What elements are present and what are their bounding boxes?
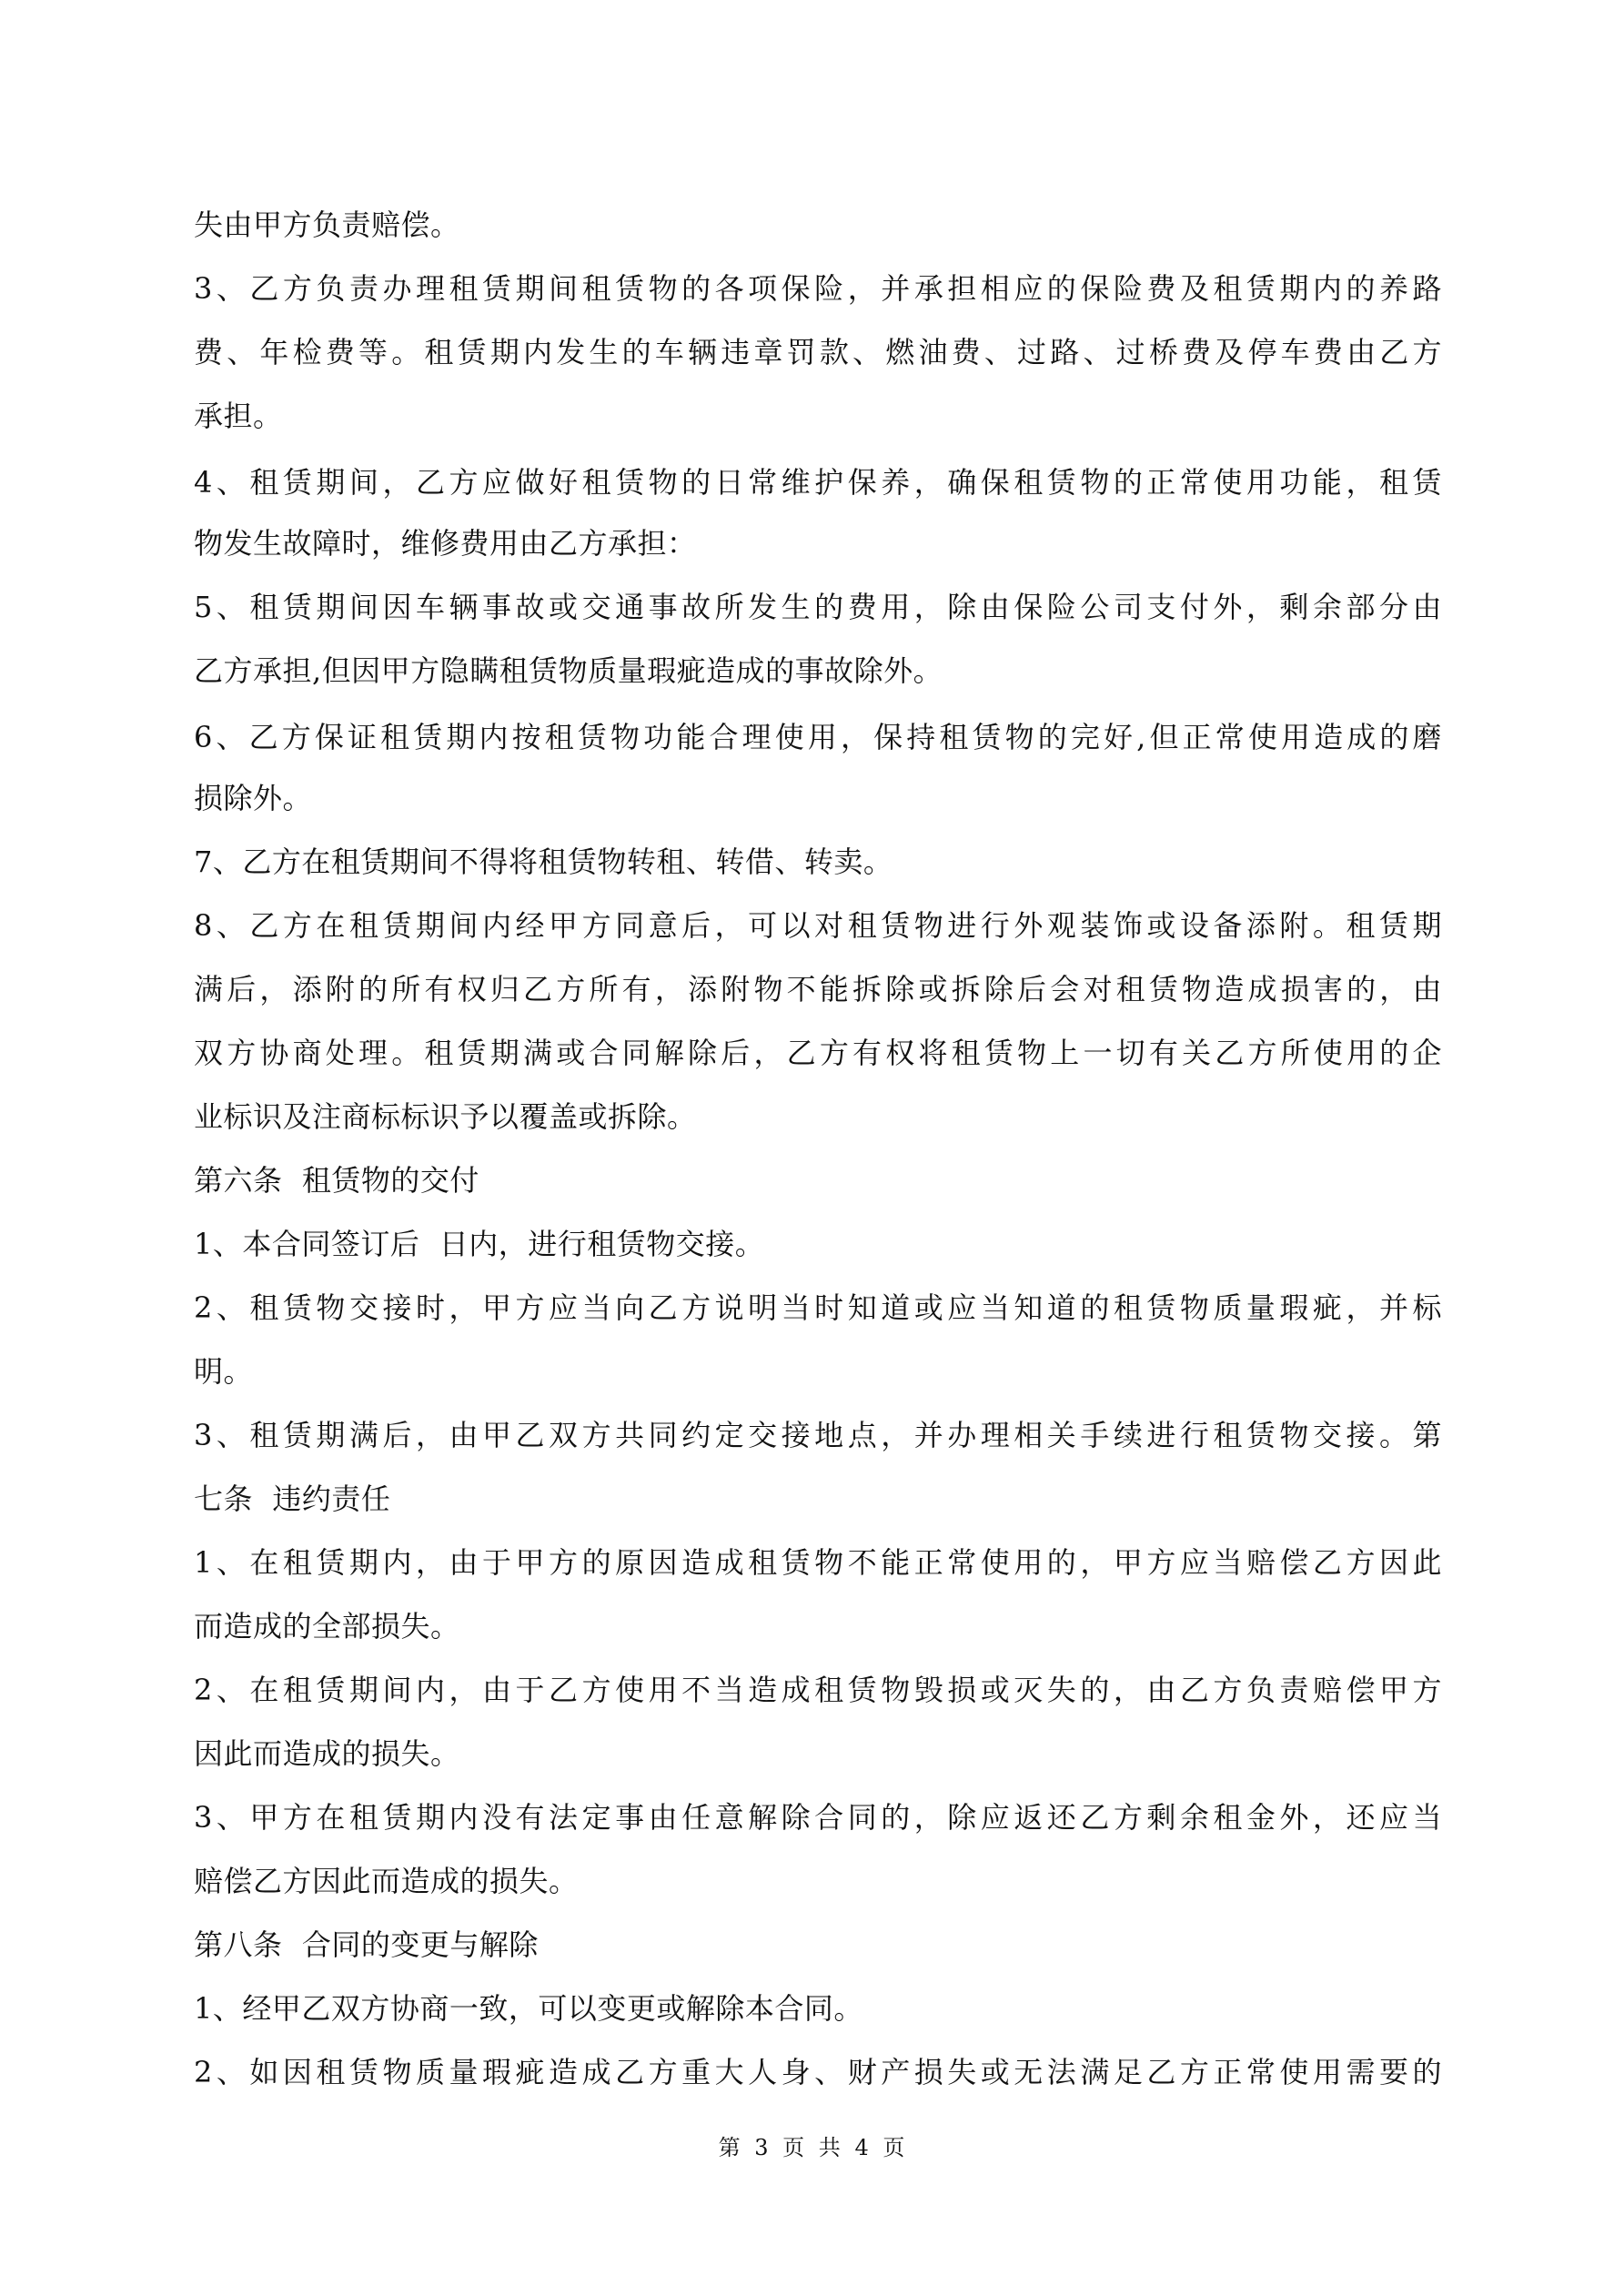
text-line: 1、经甲乙双方协商一致，可以变更或解除本合同。 xyxy=(194,1988,863,2028)
text-line: 赔偿乙方因此而造成的损失。 xyxy=(194,1861,579,1901)
text-line: 失由甲方负责赔偿。 xyxy=(194,205,460,245)
text-line: 5、租赁期间因车辆事故或交通事故所发生的费用，除由保险公司支付外，剩余部分由 xyxy=(194,587,1442,627)
text-line: 物发生故障时，维修费用由乙方承担： xyxy=(194,523,697,563)
text-line: 8、乙方在租赁期间内经甲方同意后，可以对租赁物进行外观装饰或设备添附。租赁期 xyxy=(194,905,1442,946)
text-line: 4、租赁期间，乙方应做好租赁物的日常维护保养，确保租赁物的正常使用功能，租赁 xyxy=(194,462,1442,502)
page-number-footer: 第 3 页 共 4 页 xyxy=(0,2134,1624,2161)
text-line: 1、在租赁期内，由于甲方的原因造成租赁物不能正常使用的，甲方应当赔偿乙方因此 xyxy=(194,1542,1442,1583)
text-line: 满后，添附的所有权归乙方所有，添附物不能拆除或拆除后会对租赁物造成损害的，由 xyxy=(194,969,1442,1009)
text-line: 而造成的全部损失。 xyxy=(194,1606,460,1646)
text-line: 损除外。 xyxy=(194,778,312,818)
text-line: 1、本合同签订后 日内，进行租赁物交接。 xyxy=(194,1224,764,1264)
text-line: 费、年检费等。租赁期内发生的车辆违章罚款、燃油费、过路、过桥费及停车费由乙方 xyxy=(194,332,1442,372)
text-line: 双方协商处理。租赁期满或合同解除后，乙方有权将租赁物上一切有关乙方所使用的企 xyxy=(194,1033,1442,1073)
text-line: 业标识及注商标标识予以覆盖或拆除。 xyxy=(194,1097,697,1137)
text-line: 2、租赁物交接时，甲方应当向乙方说明当时知道或应当知道的租赁物质量瑕疵，并标 xyxy=(194,1288,1442,1328)
text-line: 3、乙方负责办理租赁期间租赁物的各项保险，并承担相应的保险费及租赁期内的养路 xyxy=(194,268,1442,308)
section-heading: 第六条 租赁物的交付 xyxy=(194,1160,479,1200)
text-line: 因此而造成的损失。 xyxy=(194,1734,460,1774)
text-line: 6、乙方保证租赁期内按租赁物功能合理使用，保持租赁物的完好,但正常使用造成的磨 xyxy=(194,717,1442,757)
text-line: 7、乙方在租赁期间不得将租赁物转租、转借、转卖。 xyxy=(194,842,893,882)
text-line: 明。 xyxy=(194,1351,253,1391)
text-line: 3、甲方在租赁期内没有法定事由任意解除合同的，除应返还乙方剩余租金外，还应当 xyxy=(194,1797,1442,1837)
section-heading: 七条 违约责任 xyxy=(194,1479,390,1519)
section-heading: 第八条 合同的变更与解除 xyxy=(194,1925,539,1965)
text-line: 承担。 xyxy=(194,396,283,436)
text-line: 3、租赁期满后，由甲乙双方共同约定交接地点，并办理相关手续进行租赁物交接。第 xyxy=(194,1415,1442,1455)
text-line: 乙方承担,但因甲方隐瞒租赁物质量瑕疵造成的事故除外。 xyxy=(194,651,943,691)
text-line: 2、在租赁期间内，由于乙方使用不当造成租赁物毁损或灭失的，由乙方负责赔偿甲方 xyxy=(194,1670,1442,1710)
text-line: 2、如因租赁物质量瑕疵造成乙方重大人身、财产损失或无法满足乙方正常使用需要的 xyxy=(194,2052,1442,2092)
